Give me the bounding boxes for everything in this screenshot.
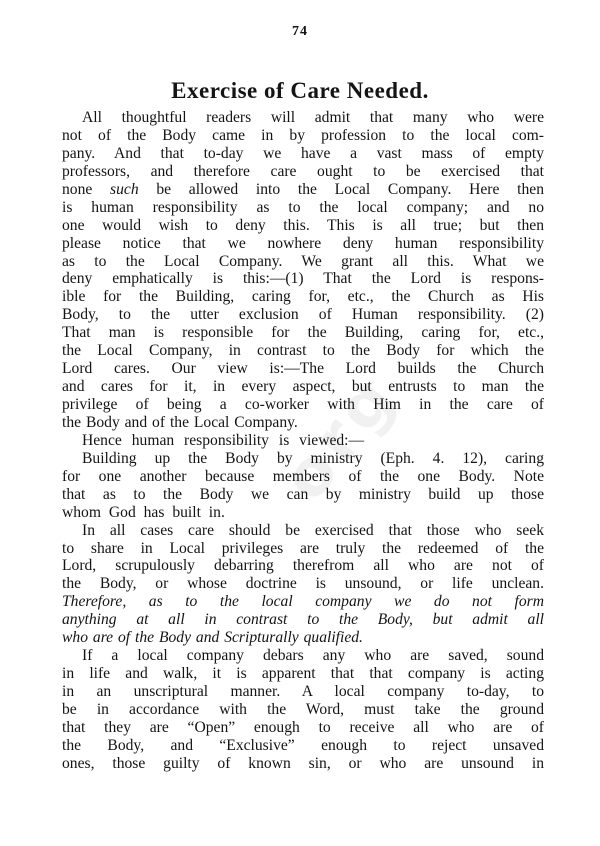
- text-line: In all cases care should be exercised th…: [62, 522, 544, 540]
- body-text: All thoughtful readers will admit that m…: [62, 109, 544, 773]
- text-line: to share in Local privileges are truly t…: [62, 540, 544, 558]
- text-line: professors, and therefore care ought to …: [62, 163, 544, 181]
- text-line: deny emphatically is this:—(1) That the …: [62, 270, 544, 288]
- text-line: Lord, scrupulously debarring therefrom a…: [62, 557, 544, 575]
- text-line: All thoughtful readers will admit that m…: [62, 109, 544, 127]
- text-line: That man is responsible for the Building…: [62, 324, 544, 342]
- text-line: one would wish to deny this. This is all…: [62, 217, 544, 235]
- text-line: none such be allowed into the Local Comp…: [62, 181, 544, 199]
- text-line: whom God has built in.: [62, 504, 544, 522]
- text-line: in life and walk, it is apparent that th…: [62, 665, 544, 683]
- text-line: not of the Body came in by profession to…: [62, 127, 544, 145]
- page-number: 74: [0, 24, 600, 40]
- text-line: the Body and of the Local Company.: [62, 414, 544, 432]
- text-line: is human responsibility as to the local …: [62, 199, 544, 217]
- text-line: please notice that we nowhere deny human…: [62, 235, 544, 253]
- text-line: privilege of being a co-worker with Him …: [62, 396, 544, 414]
- text-span: none: [62, 181, 110, 198]
- italic-text-line: Therefore, as to the local company we do…: [62, 593, 544, 611]
- paragraph-3: Building up the Body by ministry (Eph. 4…: [62, 450, 544, 522]
- text-span: be allowed into the Local Company. Here …: [139, 181, 544, 198]
- text-line: and cares for it, in every aspect, but e…: [62, 378, 544, 396]
- paragraph-2: Hence human responsibility is viewed:—: [62, 432, 544, 450]
- text-line: as to the Local Company. We grant all th…: [62, 253, 544, 271]
- italic-text-line: who are of the Body and Scripturally qua…: [62, 629, 544, 647]
- text-line: Building up the Body by ministry (Eph. 4…: [62, 450, 544, 468]
- paragraph-5: If a local company debars any who are sa…: [62, 647, 544, 773]
- text-line: Lord cares. Our view is:—The Lord builds…: [62, 360, 544, 378]
- text-line: in an unscriptural manner. A local compa…: [62, 683, 544, 701]
- text-line: the Body, or whose doctrine is unsound, …: [62, 575, 544, 593]
- text-line: be in accordance with the Word, must tak…: [62, 701, 544, 719]
- text-line: the Local Company, in contrast to the Bo…: [62, 342, 544, 360]
- italic-text-line: anything at all in contrast to the Body,…: [62, 611, 544, 629]
- text-line: for one another because members of the o…: [62, 468, 544, 486]
- text-line: ones, those guilty of known sin, or who …: [62, 755, 544, 773]
- text-line: Body, to the utter exclusion of Human re…: [62, 306, 544, 324]
- paragraph-4: In all cases care should be exercised th…: [62, 522, 544, 648]
- text-line: the Body, and “Exclusive” enough to reje…: [62, 737, 544, 755]
- text-line: pany. And that to-day we have a vast mas…: [62, 145, 544, 163]
- chapter-title: Exercise of Care Needed.: [0, 78, 600, 104]
- text-line: that they are “Open” enough to receive a…: [62, 719, 544, 737]
- paragraph-1: All thoughtful readers will admit that m…: [62, 109, 544, 432]
- text-line: Hence human responsibility is viewed:—: [62, 432, 544, 450]
- text-line: If a local company debars any who are sa…: [62, 647, 544, 665]
- text-line: that as to the Body we can by ministry b…: [62, 486, 544, 504]
- text-line: ible for the Building, caring for, etc.,…: [62, 288, 544, 306]
- emphasis-such: such: [110, 181, 139, 198]
